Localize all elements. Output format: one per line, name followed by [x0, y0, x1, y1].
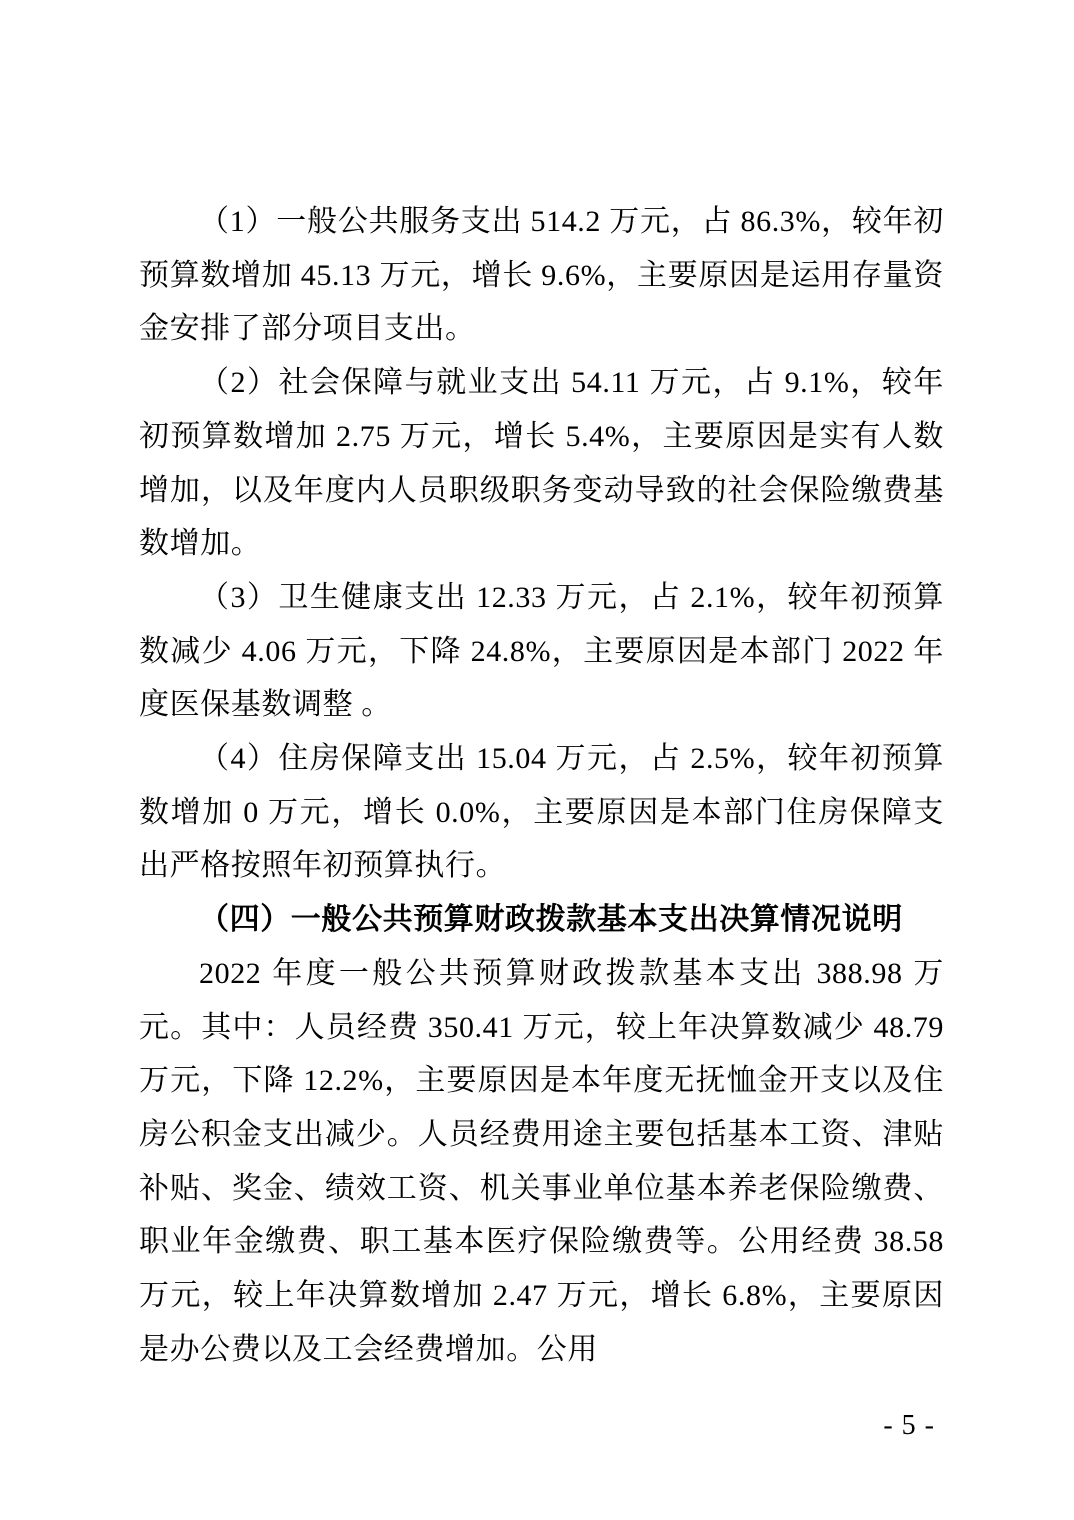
document-page: （1）一般公共服务支出 514.2 万元，占 86.3%，较年初预算数增加 45… [0, 0, 1074, 1520]
page-number: - 5 - [883, 1406, 935, 1446]
section-heading: （四）一般公共预算财政拨款基本支出决算情况说明 [139, 893, 944, 947]
paragraph-expense-item-4: （4）住房保障支出 15.04 万元，占 2.5%，较年初预算数增加 0 万元，… [139, 732, 944, 893]
document-body: （1）一般公共服务支出 514.2 万元，占 86.3%，较年初预算数增加 45… [139, 195, 944, 1376]
paragraph-expense-item-1: （1）一般公共服务支出 514.2 万元，占 86.3%，较年初预算数增加 45… [139, 195, 944, 356]
paragraph-basic-expense-detail: 2022 年度一般公共预算财政拨款基本支出 388.98 万元。其中：人员经费 … [139, 947, 944, 1377]
paragraph-expense-item-2: （2）社会保障与就业支出 54.11 万元，占 9.1%，较年初预算数增加 2.… [139, 356, 944, 571]
paragraph-expense-item-3: （3）卫生健康支出 12.33 万元，占 2.1%，较年初预算数减少 4.06 … [139, 571, 944, 732]
